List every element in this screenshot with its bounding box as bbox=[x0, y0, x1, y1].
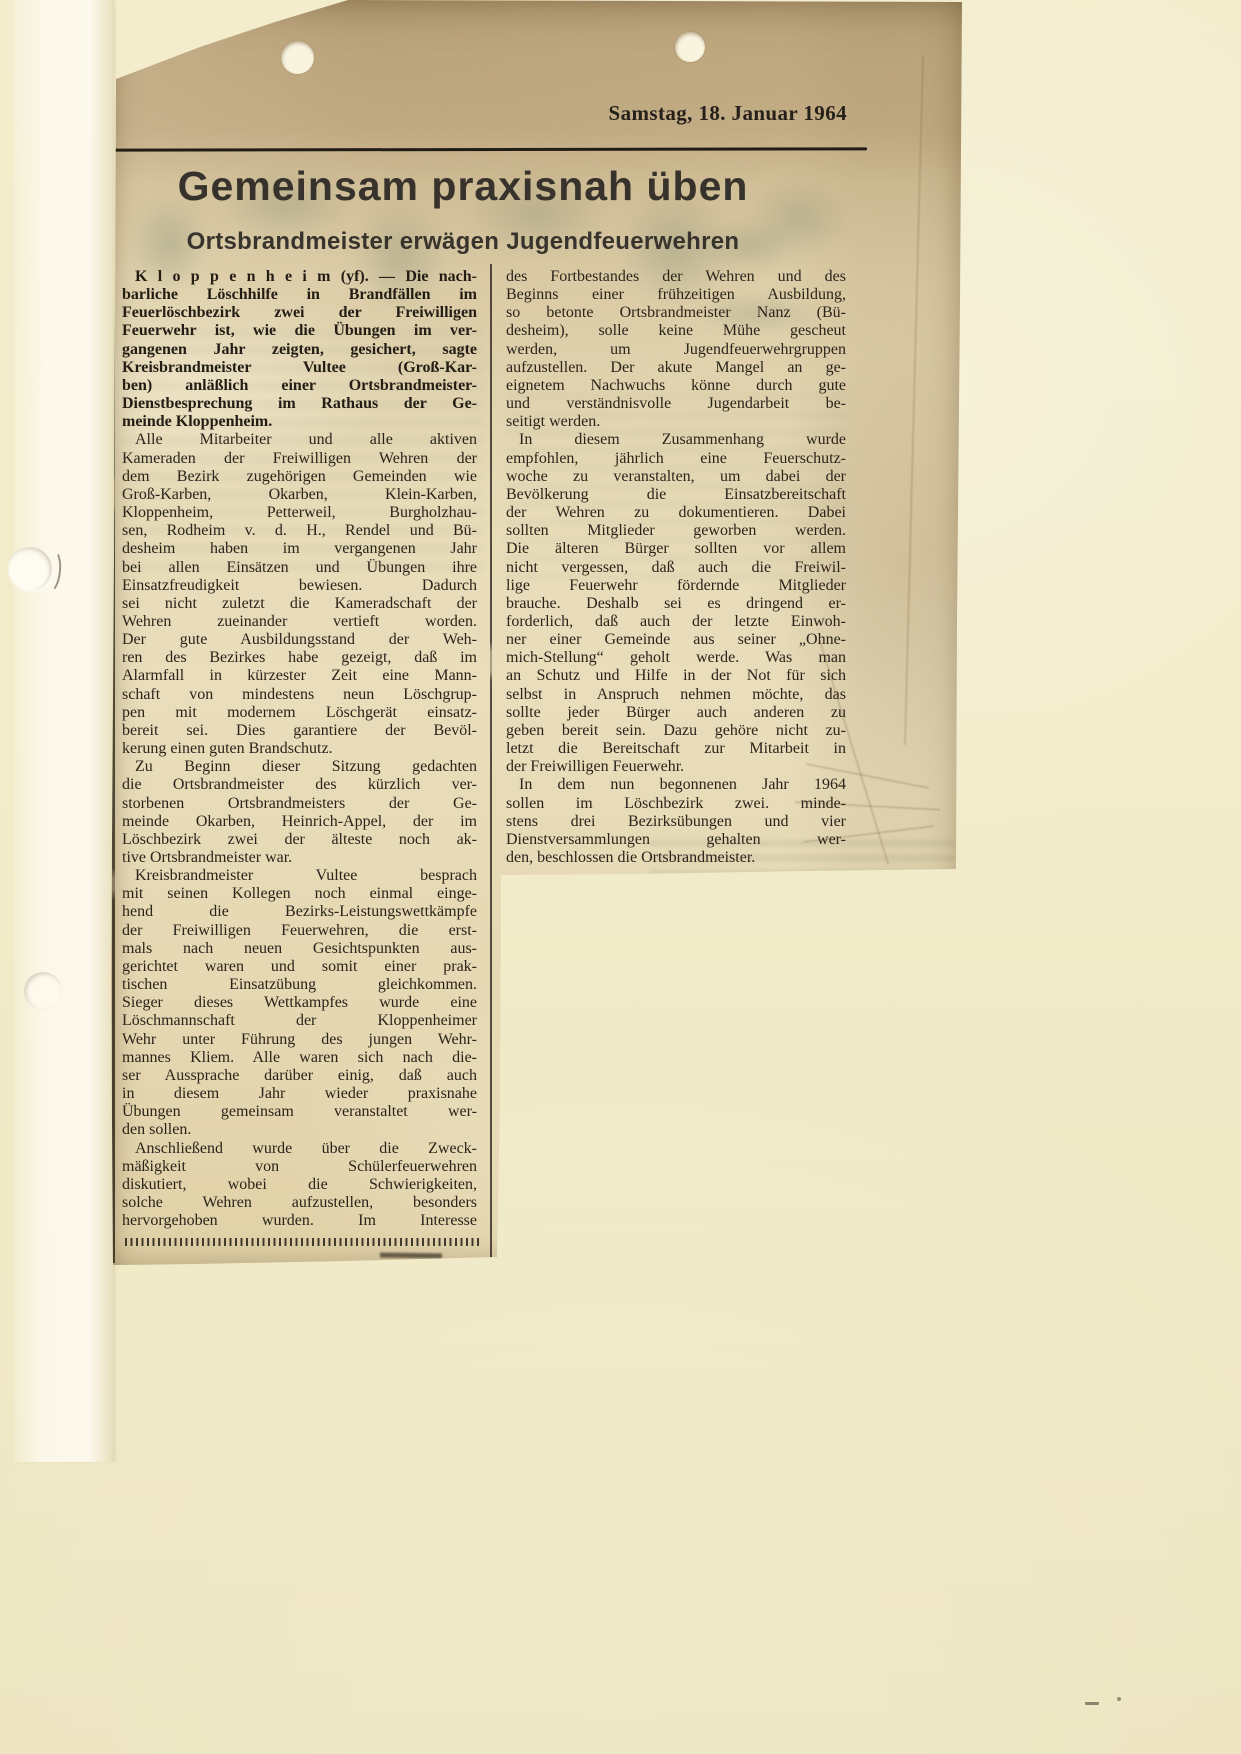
article-line: seitigt werden. bbox=[506, 413, 846, 431]
backing-sheet-strip bbox=[14, 0, 114, 1462]
article-line: letzt die Bereitschaft zur Mitarbeit in bbox=[506, 740, 846, 758]
article-line: aufzustellen. Der akute Mangel an ge- bbox=[506, 359, 846, 377]
article-line: Zu Beginn dieser Sitzung gedachten bbox=[122, 758, 477, 776]
article-line: sen, Rodheim v. d. H., Rendel und Bü- bbox=[122, 522, 477, 540]
article-line: an Schutz und Hilfe in der Not für sich bbox=[506, 667, 846, 685]
article-subheadline: Ortsbrandmeister erwägen Jugendfeuerwehr… bbox=[117, 228, 809, 256]
paragraph: K l o p p e n h e i m (yf). — Die nach-b… bbox=[122, 268, 477, 431]
paragraph: des Fortbestandes der Wehren und desBegi… bbox=[506, 268, 846, 431]
article-line: die Ortsbrandmeister des kürzlich ver- bbox=[122, 776, 477, 794]
article-line: ren des Bezirkes habe gezeigt, daß im bbox=[122, 649, 477, 667]
article-line: K l o p p e n h e i m (yf). — Die nach- bbox=[122, 268, 477, 286]
paragraph: In dem nun begonnenen Jahr 1964sollen im… bbox=[506, 776, 846, 867]
article-line: dem Bezirk zugehörigen Gemeinden wie bbox=[122, 468, 477, 486]
article-line: barliche Löschhilfe in Brandfällen im bbox=[122, 286, 477, 304]
article-line: desheim), solle keine Mühe gescheut bbox=[506, 322, 846, 340]
date-line: Samstag, 18. Januar 1964 bbox=[435, 101, 847, 126]
paper-crease bbox=[904, 55, 924, 745]
punch-hole bbox=[24, 972, 62, 1010]
article-line: des Fortbestandes der Wehren und des bbox=[506, 268, 846, 286]
article-line: hend die Bezirks-Leistungswettkämpfe bbox=[122, 903, 477, 921]
paragraph: In diesem Zusammenhang wurdeempfohlen, j… bbox=[506, 431, 846, 776]
article-line: Feuerlöschbezirk zwei der Freiwilligen bbox=[122, 304, 477, 322]
ink-smudge bbox=[380, 1253, 442, 1259]
article-line: Wehr unter Führung des jungen Wehr- bbox=[122, 1031, 477, 1049]
punch-hole bbox=[675, 32, 705, 62]
article-line: forderlich, daß auch der letzte Einwoh- bbox=[506, 613, 846, 631]
article-line: mannes Kliem. Alle waren sich nach die- bbox=[122, 1049, 477, 1067]
article-line: Kreisbrandmeister Vultee besprach bbox=[122, 867, 477, 885]
article-line: der Freiwilligen Feuerwehr. bbox=[506, 758, 846, 776]
article-line: woche zu veranstalten, um dabei der bbox=[506, 468, 846, 486]
article-line: Löschbezirk zwei der älteste noch ak- bbox=[122, 831, 477, 849]
article-line: Wehren zueinander vertieft worden. bbox=[122, 613, 477, 631]
article-line: gangenen Jahr zeigten, gesichert, sagte bbox=[122, 341, 477, 359]
article-line: meinde Okarben, Heinrich-Appel, der im bbox=[122, 813, 477, 831]
article-line: solche Wehren aufzustellen, besonders bbox=[122, 1194, 477, 1212]
article-line: ner einer Gemeinde aus seiner „Ohne- bbox=[506, 631, 846, 649]
newspaper-clipping: Samstag, 18. Januar 1964 Gemeinsam praxi… bbox=[105, 0, 965, 1270]
horizontal-rule bbox=[115, 147, 867, 151]
article-line: Alarmfall in kürzester Zeit eine Mann- bbox=[122, 667, 477, 685]
punch-hole bbox=[281, 41, 314, 74]
article-line: Anschließend wurde über die Zweck- bbox=[122, 1140, 477, 1158]
article-line: sei nicht zuletzt die Kameradschaft der bbox=[122, 595, 477, 613]
article-line: Die älteren Bürger sollten vor allem bbox=[506, 540, 846, 558]
article-line: Einsatzfreudigkeit bewiesen. Dadurch bbox=[122, 577, 477, 595]
article-line: brauche. Deshalb sei es dringend er- bbox=[506, 595, 846, 613]
article-line: Dienstbesprechung im Rathaus der Ge- bbox=[122, 395, 477, 413]
article-line: gerichtet waren und somit einer prak- bbox=[122, 958, 477, 976]
article-line: Groß-Karben, Okarben, Klein-Karben, bbox=[122, 486, 477, 504]
article-line: sollen im Löschbezirk zwei. minde- bbox=[506, 795, 846, 813]
article-line: pen mit modernem Löschgerät einsatz- bbox=[122, 704, 477, 722]
article-line: Der gute Ausbildungsstand der Weh- bbox=[122, 631, 477, 649]
article-line: Übungen gemeinsam veranstaltet wer- bbox=[122, 1103, 477, 1121]
paragraph: Anschließend wurde über die Zweck-mäßigk… bbox=[122, 1140, 477, 1231]
article-line: geben bereit sein. Dazu gehöre nicht zu- bbox=[506, 722, 846, 740]
article-line: Kameraden der Freiwilligen Wehren der bbox=[122, 450, 477, 468]
article-line: sollten Mitglieder geworben werden. bbox=[506, 522, 846, 540]
article-line: In dem nun begonnenen Jahr 1964 bbox=[506, 776, 846, 794]
article-line: in diesem Jahr wieder praxisnahe bbox=[122, 1085, 477, 1103]
article-column1: K l o p p e n h e i m (yf). — Die nach-b… bbox=[122, 268, 477, 1230]
article-line: ser Aussprache darüber einig, daß auch bbox=[122, 1067, 477, 1085]
pen-dash-mark bbox=[1085, 1702, 1099, 1705]
article-headline: Gemeinsam praxisnah üben bbox=[117, 163, 809, 210]
article-line: mich-Stellung“ geholt werde. Was man bbox=[506, 649, 846, 667]
article-line: tive Ortsbrandmeister war. bbox=[122, 849, 477, 867]
article-line: schaft von mindestens neun Löschgrup- bbox=[122, 686, 477, 704]
article-line: der Wehren zu dokumentieren. Dabei bbox=[506, 504, 846, 522]
article-line: Alle Mitarbeiter und alle aktiven bbox=[122, 431, 477, 449]
article-line: Kreisbrandmeister Vultee (Groß-Kar- bbox=[122, 359, 477, 377]
article-line: den sollen. bbox=[122, 1121, 477, 1139]
scanned-page: { "page": { "date_line": "Samstag, 18. J… bbox=[0, 0, 1241, 1754]
article-line: Löschmannschaft der Kloppenheimer bbox=[122, 1012, 477, 1030]
article-line: werden, um Jugendfeuerwehrgruppen bbox=[506, 341, 846, 359]
article-line: mals nach neuen Gesichtspunkten aus- bbox=[122, 940, 477, 958]
article-line: selbst in Anspruch nehmen möchte, das bbox=[506, 686, 846, 704]
article-line: storbenen Ortsbrandmeisters der Ge- bbox=[122, 795, 477, 813]
article-line: Feuerwehr ist, wie die Übungen im ver- bbox=[122, 322, 477, 340]
article-line: sollte jeder Bürger auch anderen zu bbox=[506, 704, 846, 722]
article-line: empfohlen, jährlich eine Feuerschutz- bbox=[506, 450, 846, 468]
column-divider-rule bbox=[490, 264, 492, 1258]
article-line: und verständnisvolle Jugendarbeit be- bbox=[506, 395, 846, 413]
paragraph: Alle Mitarbeiter und alle aktivenKamerad… bbox=[122, 431, 477, 758]
article-line: bei allen Einsätzen und Übungen ihre bbox=[122, 559, 477, 577]
pen-dot-mark bbox=[1117, 1697, 1121, 1701]
dotted-end-rule bbox=[125, 1238, 482, 1246]
article-line: desheim haben im vergangenen Jahr bbox=[122, 540, 477, 558]
article-line: In diesem Zusammenhang wurde bbox=[506, 431, 846, 449]
article-line: kerung einen guten Brandschutz. bbox=[122, 740, 477, 758]
article-line: mit seinen Kollegen noch einmal einge- bbox=[122, 885, 477, 903]
paragraph: Zu Beginn dieser Sitzung gedachtendie Or… bbox=[122, 758, 477, 867]
paragraph: Kreisbrandmeister Vultee besprachmit sei… bbox=[122, 867, 477, 1139]
article-line: meinde Kloppenheim. bbox=[122, 413, 477, 431]
article-line: Sieger dieses Wettkampfes wurde eine bbox=[122, 994, 477, 1012]
article-line: mäßigkeit von Schülerfeuerwehren bbox=[122, 1158, 477, 1176]
article-line: bereit sei. Dies garantiere der Bevöl- bbox=[122, 722, 477, 740]
article-line: diskutiert, wobei die Schwierigkeiten, bbox=[122, 1176, 477, 1194]
article-line: lige Feuerwehr fördernde Mitglieder bbox=[506, 577, 846, 595]
article-line: Bevölkerung die Einsatzbereitschaft bbox=[506, 486, 846, 504]
article-line: Dienstversammlungen gehalten wer- bbox=[506, 831, 846, 849]
article-line: hervorgehoben wurden. Im Interesse bbox=[122, 1212, 477, 1230]
article-line: der Freiwilligen Feuerwehren, die erst- bbox=[122, 922, 477, 940]
article-line: ben) anläßlich einer Ortsbrandmeister- bbox=[122, 377, 477, 395]
article-line: den, beschlossen die Ortsbrandmeister. bbox=[506, 849, 846, 867]
article-line: tischen Einsatzübung gleichkommen. bbox=[122, 976, 477, 994]
article-line: nicht vergessen, daß auch die Freiwil- bbox=[506, 559, 846, 577]
article-line: eignetem Nachwuchs könne durch gute bbox=[506, 377, 846, 395]
article-line: stens drei Bezirksübungen und vier bbox=[506, 813, 846, 831]
article-column2: des Fortbestandes der Wehren und desBegi… bbox=[506, 268, 846, 867]
article-line: Beginns einer frühzeitigen Ausbildung, bbox=[506, 286, 846, 304]
article-line: so betonte Ortsbrandmeister Nanz (Bü- bbox=[506, 304, 846, 322]
article-line: Kloppenheim, Petterweil, Burgholzhau- bbox=[122, 504, 477, 522]
